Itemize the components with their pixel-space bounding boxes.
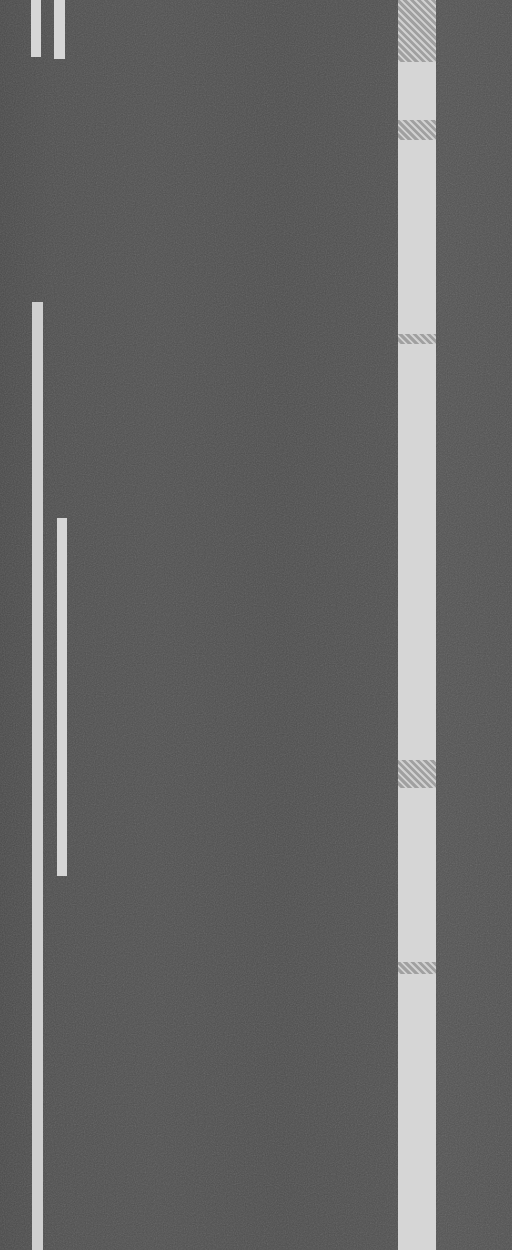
worn-patch: [398, 120, 436, 140]
worn-patch: [398, 334, 436, 344]
worn-patch: [398, 962, 436, 974]
left-edge-line-upper: [31, 0, 41, 57]
right-wide-line: [398, 0, 436, 1250]
worn-patch: [398, 760, 436, 788]
worn-patch: [398, 0, 436, 62]
left-inner-line-middle: [57, 518, 67, 876]
left-inner-line-upper: [54, 0, 65, 59]
left-edge-line-lower: [32, 302, 43, 1250]
road-surface: [0, 0, 512, 1250]
